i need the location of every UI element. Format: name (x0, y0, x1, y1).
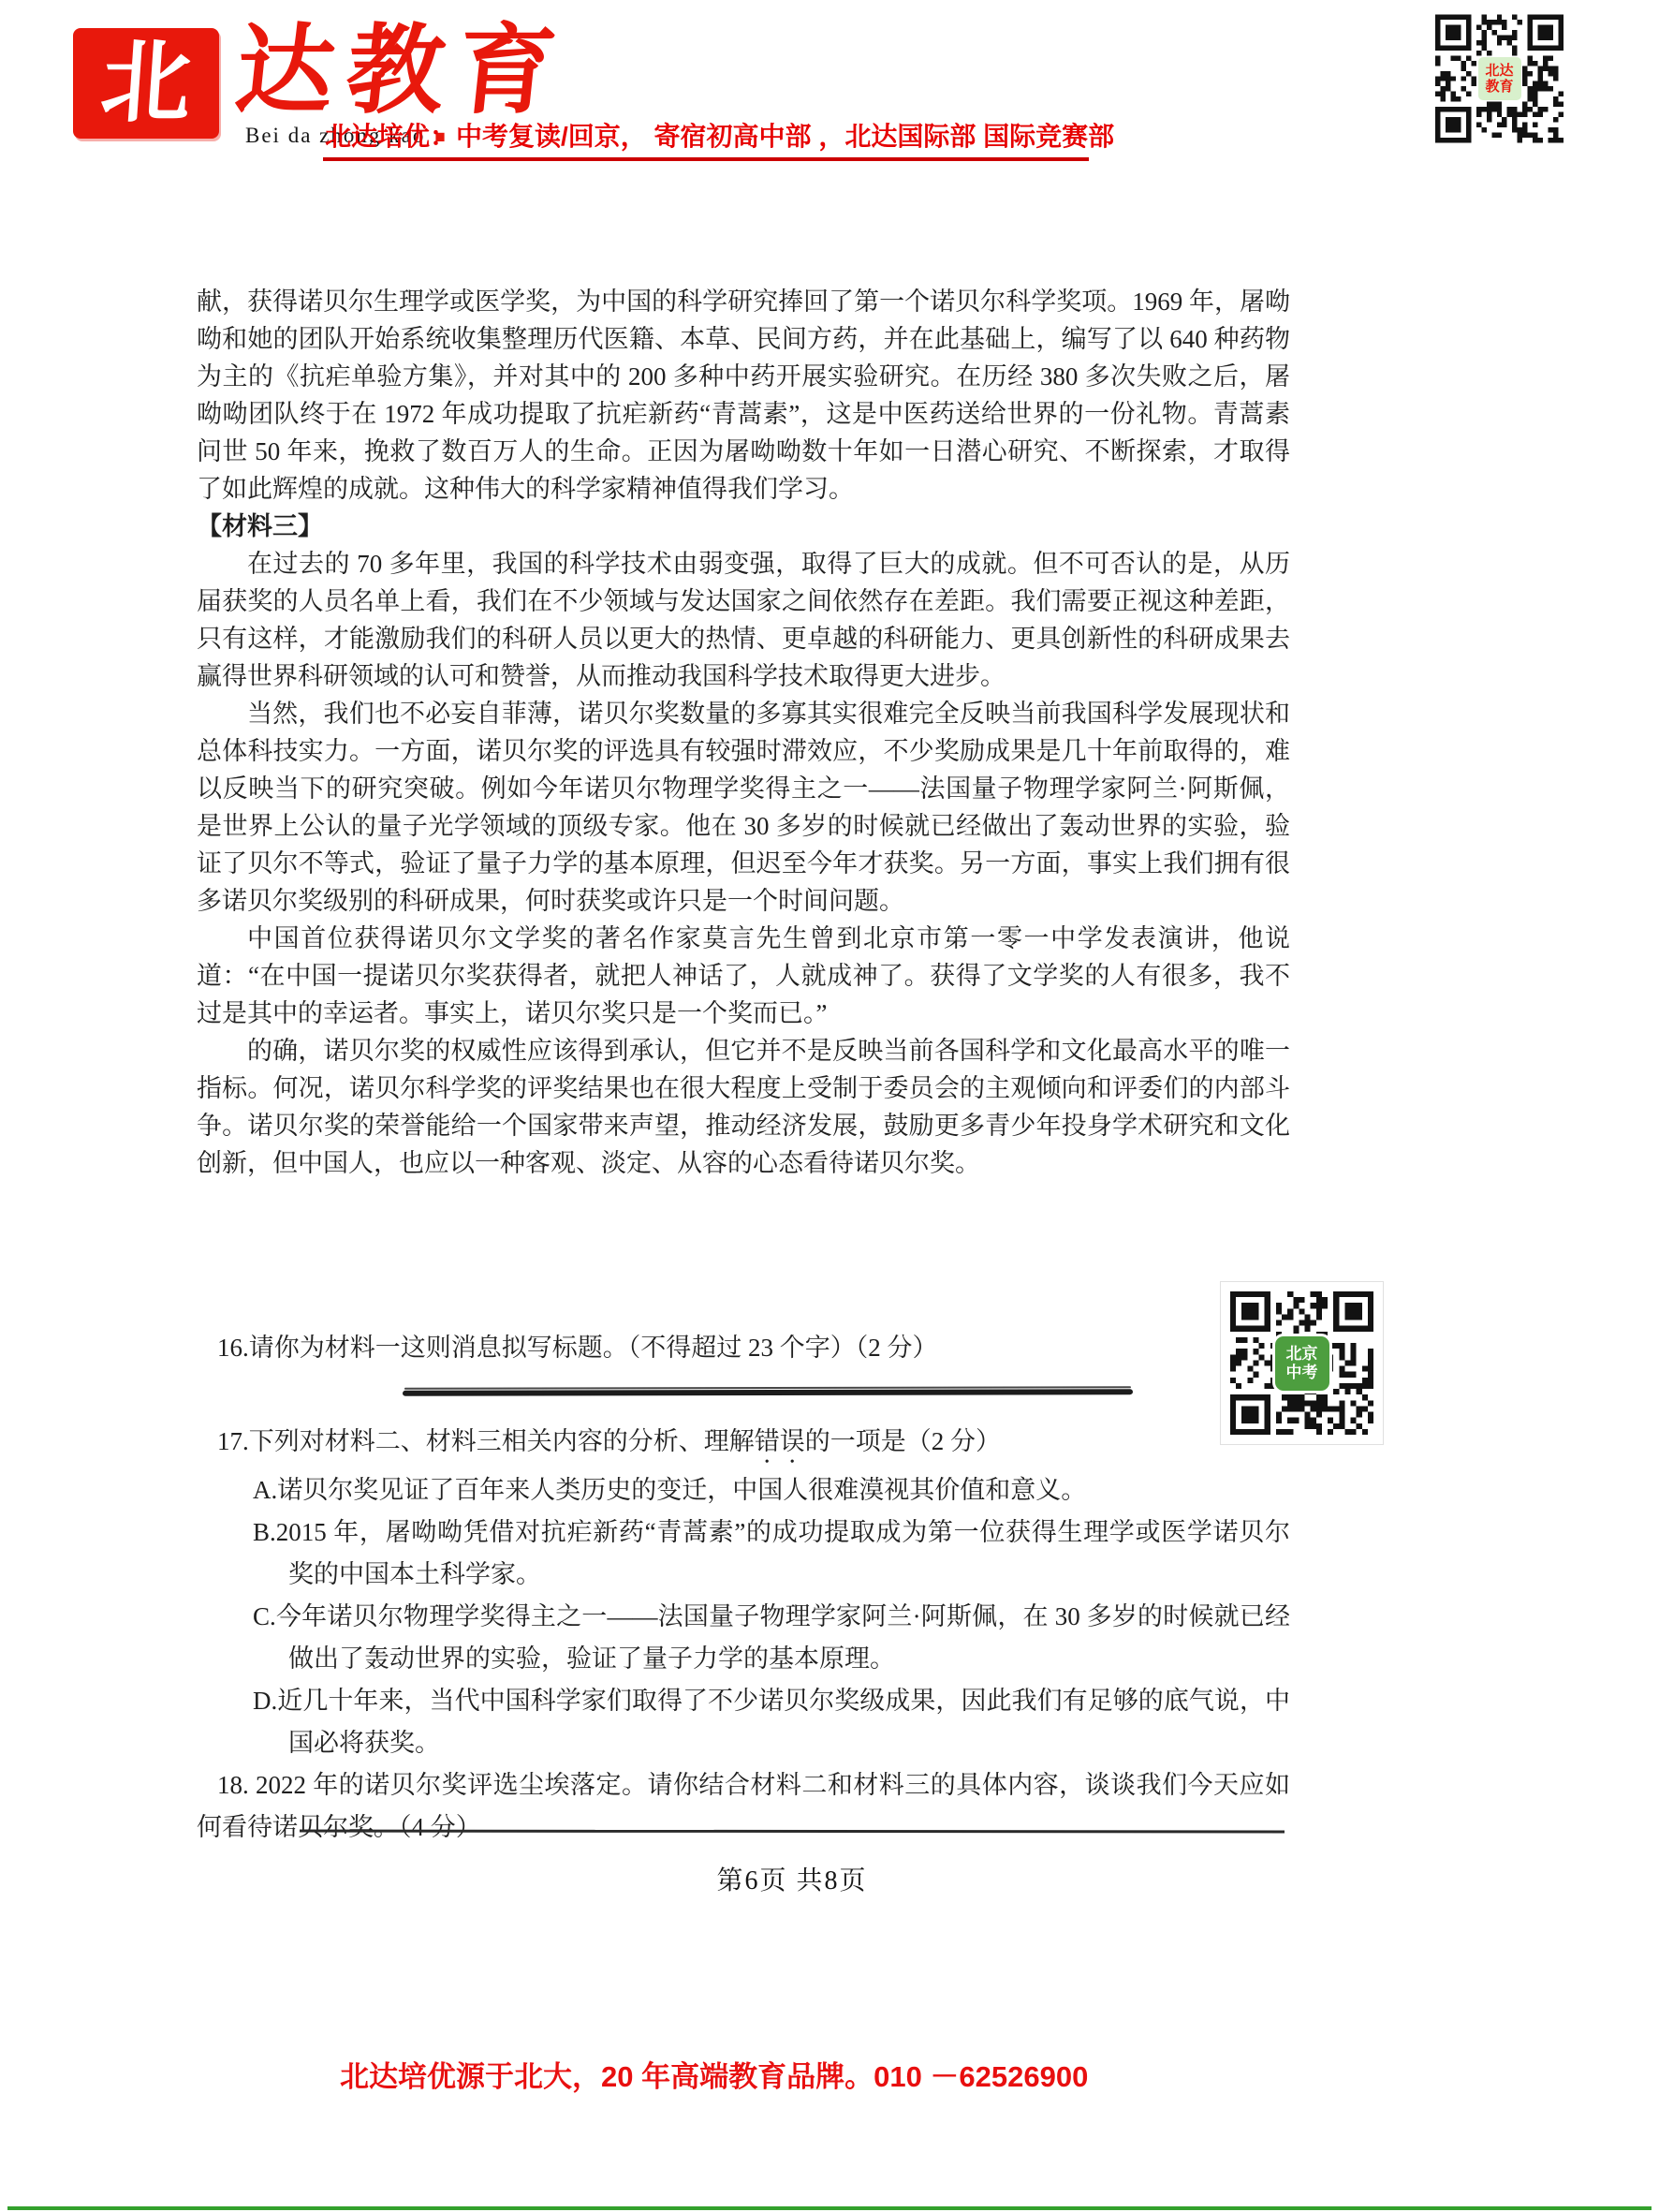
question-18: 18. 2022 年的诺贝尔奖评选尘埃落定。请你结合材料二和材料三的具体内容，谈… (197, 1764, 1290, 1849)
qr-code-top: 北达 教育 (1435, 13, 1564, 144)
footer-tagline: 北达培优源于北大，20 年高端教育品牌。010 －62526900 (340, 2053, 1088, 2095)
question-section: 16.请你为材料一这则消息拟写标题。（不得超过 23 个字）（2 分） 17.下… (197, 1327, 1290, 1849)
option-d-text: 近几十年来，当代中国科学家们取得了不少诺贝尔奖级成果，因此我们有足够的底气说，中… (277, 1687, 1290, 1757)
option-b-label: B. (253, 1518, 276, 1546)
question-17-emphasis: 错误 (755, 1427, 805, 1455)
option-b-text: 2015 年，屠呦呦凭借对抗疟新药“青蒿素”的成功提取成为第一位获得生理学或医学… (276, 1518, 1290, 1588)
paragraph-continuation: 献，获得诺贝尔生理学或医学奖，为中国的科学研究捧回了第一个诺贝尔科学奖项。196… (197, 283, 1290, 508)
option-c-text: 今年诺贝尔物理学奖得主之一——法国量子物理学家阿兰·阿斯佩，在 30 多岁的时候… (276, 1602, 1290, 1673)
material-three-paragraph: 在过去的 70 多年里，我国的科学技术由弱变强，取得了巨大的成就。但不可否认的是… (197, 545, 1290, 695)
question-17-tail: 的一项是（2 分） (805, 1427, 1001, 1455)
material-three-paragraph: 当然，我们也不必妄自菲薄，诺贝尔奖数量的多寡其实很难完全反映当前我国科学发展现状… (197, 695, 1290, 920)
qr-mid-badge-line1: 北京 (1286, 1345, 1318, 1364)
header-rule (323, 157, 1089, 161)
qr-top-badge: 北达 教育 (1478, 57, 1521, 100)
material-three-label: 【材料三】 (197, 508, 1290, 545)
qr-mid-badge-line2: 中考 (1286, 1364, 1318, 1382)
option-d-label: D. (253, 1687, 277, 1715)
material-three-paragraph: 的确，诺贝尔奖的权威性应该得到承认，但它并不是反映当前各国科学和文化最高水平的唯… (197, 1032, 1290, 1182)
bottom-accent-line (7, 2206, 1652, 2210)
option-a-text: 诺贝尔奖见证了百年来人类历史的变迁，中国人很难漠视其价值和意义。 (277, 1476, 1086, 1504)
reading-material: 献，获得诺贝尔生理学或医学奖，为中国的科学研究捧回了第一个诺贝尔科学奖项。196… (197, 283, 1290, 1182)
question-17: 17.下列对材料二、材料三相关内容的分析、理解错误的一项是（2 分） (197, 1421, 1290, 1469)
page-indicator: 第6页 共8页 (0, 1860, 1584, 1897)
logo-seal-char: 北 (98, 38, 195, 128)
question-17-stem: 17.下列对材料二、材料三相关内容的分析、理解 (217, 1427, 755, 1455)
qr-top-badge-line1: 北达 (1485, 63, 1513, 79)
option-d: D.近几十年来，当代中国科学家们取得了不少诺贝尔奖级成果，因此我们有足够的底气说… (197, 1680, 1290, 1764)
header-slogan: 北达培优：中考复读/回京， 寄宿初高中部 ，北达国际部 国际竞赛部 (325, 116, 1167, 154)
material-three-paragraph: 中国首位获得诺贝尔文学奖的著名作家莫言先生曾到北京市第一零一中学发表演讲，他说道… (197, 920, 1290, 1032)
logo-seal: 北 (73, 28, 219, 139)
option-c-label: C. (253, 1602, 276, 1630)
option-a-label: A. (253, 1476, 277, 1504)
qr-top-badge-line2: 教育 (1485, 79, 1513, 95)
option-c: C.今年诺贝尔物理学奖得主之一——法国量子物理学家阿兰·阿斯佩，在 30 多岁的… (197, 1596, 1290, 1680)
exam-page: 北 达教育 Bei da zhong kao■ 北达培优：中考复读/回京， 寄宿… (0, 0, 1659, 2212)
option-a: A.诺贝尔奖见证了百年来人类历史的变迁，中国人很难漠视其价值和意义。 (197, 1469, 1290, 1512)
question-16: 16.请你为材料一这则消息拟写标题。（不得超过 23 个字）（2 分） (197, 1327, 1290, 1369)
option-b: B.2015 年，屠呦呦凭借对抗疟新药“青蒿素”的成功提取成为第一位获得生理学或… (197, 1512, 1290, 1596)
